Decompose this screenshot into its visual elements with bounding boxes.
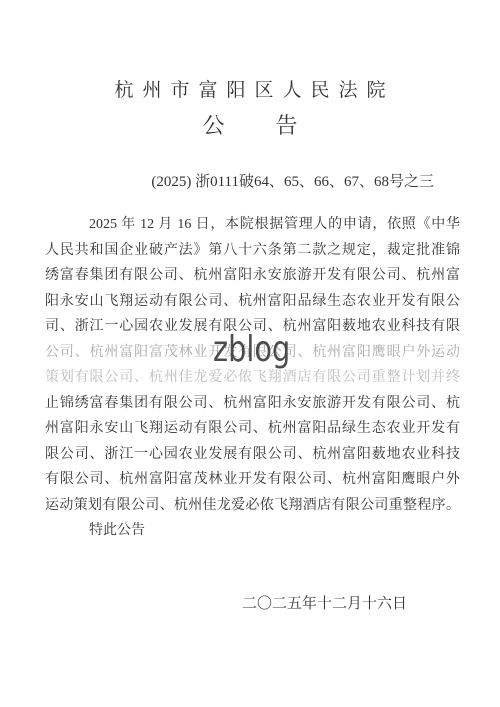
body-line: 2025 年 12 月 16 日，本院根据管理人的申请，依照《中华: [45, 212, 460, 238]
closing-line: 特此公告: [45, 518, 460, 544]
body-line: 人民共和国企业破产法》第八十六条第二款之规定，裁定批准锦: [45, 238, 460, 264]
body-line: 有限公司、杭州富阳富茂林业开发有限公司、杭州富阳鹰眼户外: [45, 467, 460, 493]
watermark: zblog: [213, 330, 290, 370]
document-date: 二〇二五年十二月十六日: [0, 594, 500, 614]
body-line: 绣富春集团有限公司、杭州富阳永安旅游开发有限公司、杭州富: [45, 263, 460, 289]
body-line: 州富阳永安山飞翔运动有限公司、杭州富阳品绿生态农业开发有: [45, 416, 460, 442]
case-number: (2025) 浙0111破64、65、66、67、68号之三: [0, 172, 500, 192]
notice-title: 公告: [0, 111, 500, 141]
court-name-title: 杭州市富阳区人民法院: [0, 0, 500, 102]
document-body: 2025 年 12 月 16 日，本院根据管理人的申请，依照《中华 人民共和国企…: [45, 212, 460, 544]
body-line: 运动策划有限公司、杭州佳龙爱必侬飞翔酒店有限公司重整程序。: [45, 493, 460, 519]
body-line: 限公司、浙江一心园农业发展有限公司、杭州富阳薮地农业科技: [45, 442, 460, 468]
body-line: 止锦绣富春集团有限公司、杭州富阳永安旅游开发有限公司、杭: [45, 391, 460, 417]
document-page: 杭州市富阳区人民法院 公告 (2025) 浙0111破64、65、66、67、6…: [0, 0, 500, 707]
body-line: 阳永安山飞翔运动有限公司、杭州富阳品绿生态农业开发有限公: [45, 289, 460, 315]
